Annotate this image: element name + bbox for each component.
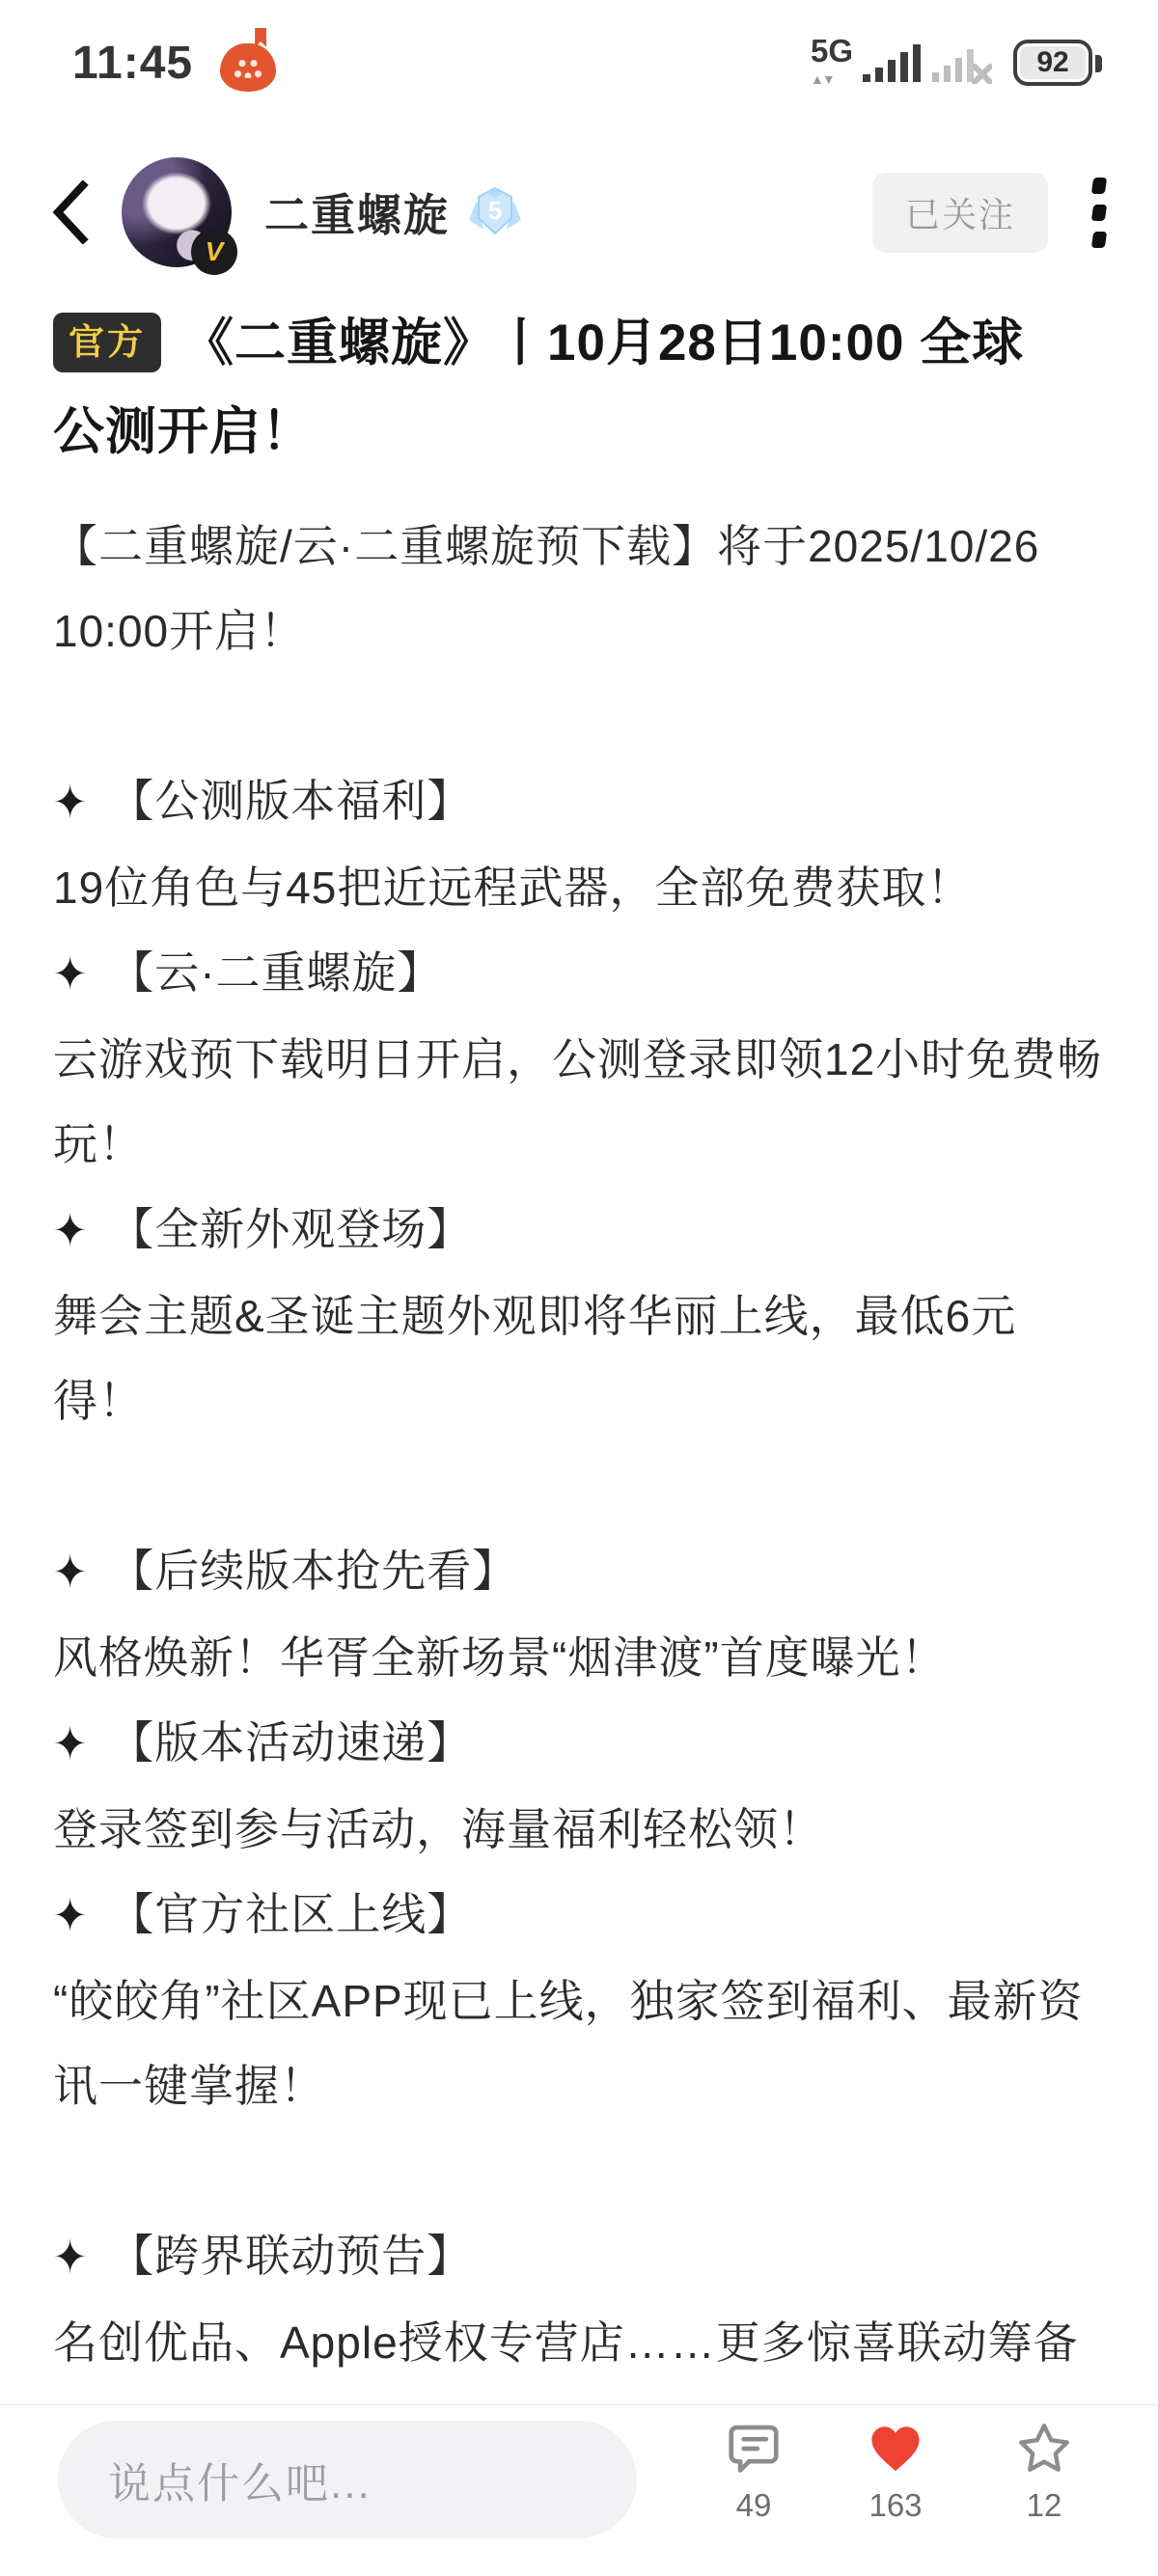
official-badge: 官方	[53, 313, 161, 372]
heart-icon	[866, 2419, 925, 2479]
section-heading: ✦【公测版本福利】	[53, 758, 1105, 845]
post-title: 官方《二重螺旋》丨10月28日10:00 全球 公测开启！	[53, 299, 1105, 477]
avatar[interactable]: V	[122, 157, 232, 267]
comment-button[interactable]: 49	[691, 2419, 816, 2524]
section-body: “皎皎角”社区APP现已上线，独家签到福利、最新资讯一键掌握！	[53, 1959, 1105, 2128]
section-body: 云游戏预下载明日开启，公测登录即领12小时免费畅玩！	[53, 1017, 1105, 1187]
speech-bubble-icon	[724, 2419, 784, 2479]
post-intro: 【二重螺旋/云·二重螺旋预下载】将于2025/10/26 10:00开启！	[53, 504, 1105, 673]
status-right-cluster: 5G ▲▼ 92	[811, 40, 1092, 86]
star-icon	[1014, 2419, 1074, 2479]
signal-bars-sim1-icon	[861, 41, 924, 84]
section-heading: ✦【官方社区上线】	[53, 1872, 1105, 1959]
star-bullet-icon: ✦	[53, 2208, 88, 2306]
verified-badge-icon: V	[191, 229, 237, 275]
star-bullet-icon: ✦	[53, 1867, 88, 1964]
section-heading: ✦【后续版本抢先看】	[53, 1528, 1105, 1615]
comment-placeholder: 说点什么吧...	[108, 2449, 372, 2510]
favorite-button[interactable]: 12	[981, 2419, 1107, 2524]
star-bullet-icon: ✦	[53, 1695, 88, 1793]
section-body: 风格焕新！华胥全新场景“烟津渡”首度曝光！	[53, 1615, 1105, 1700]
star-bullet-icon: ✦	[53, 1182, 88, 1279]
star-bullet-icon: ✦	[53, 925, 88, 1023]
like-button[interactable]: 163	[833, 2419, 958, 2524]
comment-input[interactable]: 说点什么吧...	[58, 2421, 637, 2538]
level-number: 5	[488, 196, 502, 225]
level-badge-icon: 5	[467, 185, 523, 239]
post-title-line1: 《二重螺旋》丨10月28日10:00 全球	[182, 315, 1024, 371]
post-content: 官方《二重螺旋》丨10月28日10:00 全球 公测开启！ 【二重螺旋/云·二重…	[53, 299, 1105, 2404]
updown-arrows-icon: ▲▼	[811, 74, 853, 84]
more-menu-icon[interactable]	[1087, 172, 1112, 254]
section-body: 登录签到参与活动，海量福利轻松领！	[53, 1787, 1105, 1872]
section-body: 舞会主题&圣诞主题外观即将华丽上线，最低6元得！	[53, 1274, 1105, 1443]
section-heading: ✦【跨界联动预告】	[53, 2213, 1105, 2300]
page-header: V 二重螺旋 5 已关注	[0, 145, 1158, 280]
like-count: 163	[833, 2487, 958, 2524]
section-heading: ✦【云·二重螺旋】	[53, 930, 1105, 1017]
section-body: 名创优品、Apple授权专营店……更多惊喜联动筹备中！	[53, 2300, 1105, 2404]
network-type: 5G ▲▼	[811, 42, 853, 84]
follow-button[interactable]: 已关注	[872, 173, 1048, 253]
favorite-count: 12	[981, 2487, 1107, 2524]
comment-count: 49	[691, 2487, 816, 2524]
blank-line	[53, 673, 1105, 758]
status-bar: 11:45 5G ▲▼ 92	[0, 0, 1158, 116]
battery-percent: 92	[1036, 46, 1068, 79]
signal-bars-sim2-off-icon	[932, 41, 992, 84]
comment-bar: 说点什么吧... 49 163 12	[0, 2404, 1158, 2576]
clock-time: 11:45	[72, 37, 193, 90]
section-body: 19位角色与45把近远程武器，全部免费获取！	[53, 845, 1105, 930]
section-heading: ✦【全新外观登场】	[53, 1187, 1105, 1274]
battery-indicator: 92	[1013, 40, 1092, 86]
section-heading: ✦【版本活动速递】	[53, 1700, 1105, 1787]
chevron-left-icon	[50, 180, 89, 244]
blank-line	[53, 2128, 1105, 2213]
tomato-app-icon	[220, 43, 276, 92]
back-button[interactable]	[50, 178, 95, 246]
post-title-line2: 公测开启！	[53, 403, 314, 460]
star-bullet-icon: ✦	[53, 754, 88, 851]
username[interactable]: 二重螺旋	[264, 180, 450, 244]
star-bullet-icon: ✦	[53, 1523, 88, 1621]
blank-line	[53, 1443, 1105, 1528]
